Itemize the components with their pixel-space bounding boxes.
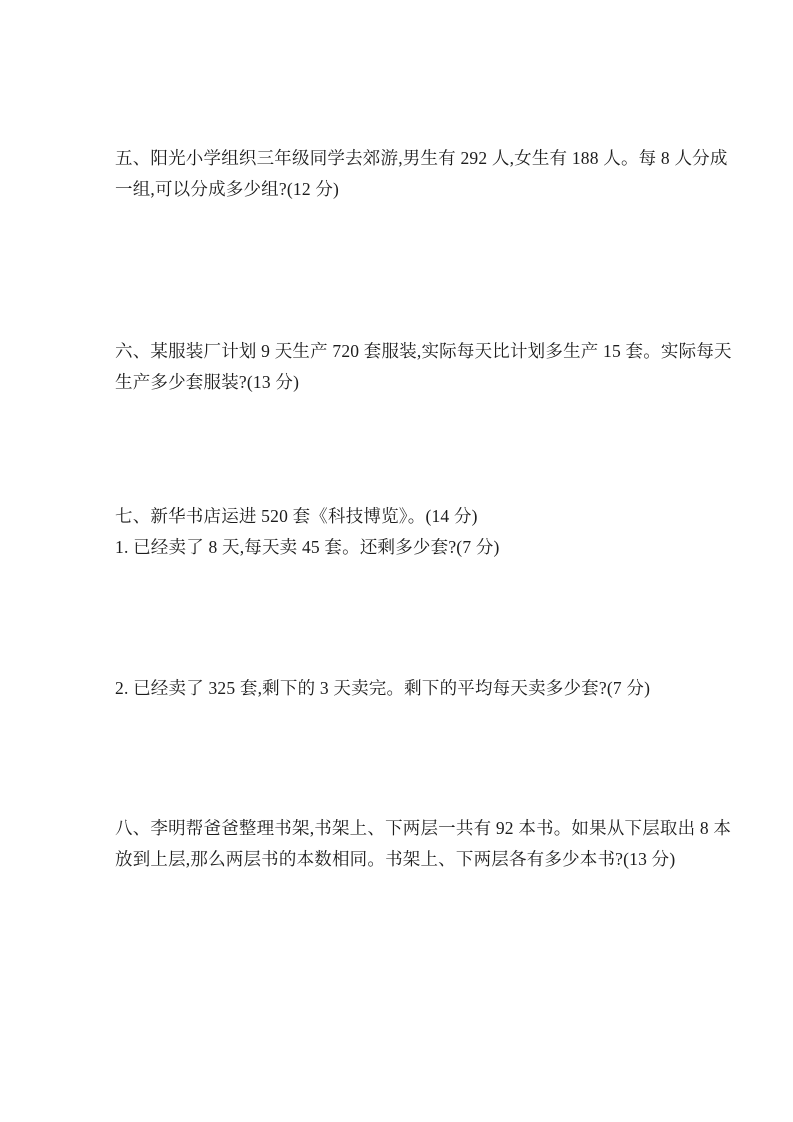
question-5-line-1: 五、阳光小学组织三年级同学去郊游,男生有 292 人,女生有 188 人。每 8… <box>115 143 685 174</box>
question-7-sub-2-line: 2. 已经卖了 325 套,剩下的 3 天卖完。剩下的平均每天卖多少套?(7 分… <box>115 673 685 704</box>
question-7-header: 七、新华书店运进 520 套《科技博览》。(14 分) <box>115 501 685 532</box>
question-7-sub-2: 2. 已经卖了 325 套,剩下的 3 天卖完。剩下的平均每天卖多少套?(7 分… <box>115 673 685 704</box>
question-5: 五、阳光小学组织三年级同学去郊游,男生有 292 人,女生有 188 人。每 8… <box>115 143 685 205</box>
question-8: 八、李明帮爸爸整理书架,书架上、下两层一共有 92 本书。如果从下层取出 8 本… <box>115 813 685 875</box>
question-7: 七、新华书店运进 520 套《科技博览》。(14 分) 1. 已经卖了 8 天,… <box>115 501 685 563</box>
question-7-sub-1: 1. 已经卖了 8 天,每天卖 45 套。还剩多少套?(7 分) <box>115 532 685 563</box>
question-5-line-2: 一组,可以分成多少组?(12 分) <box>115 174 685 205</box>
question-6: 六、某服装厂计划 9 天生产 720 套服装,实际每天比计划多生产 15 套。实… <box>115 336 685 398</box>
question-8-line-2: 放到上层,那么两层书的本数相同。书架上、下两层各有多少本书?(13 分) <box>115 844 685 875</box>
worksheet-page: 五、阳光小学组织三年级同学去郊游,男生有 292 人,女生有 188 人。每 8… <box>0 0 793 1122</box>
question-8-line-1: 八、李明帮爸爸整理书架,书架上、下两层一共有 92 本书。如果从下层取出 8 本 <box>115 813 685 844</box>
question-6-line-1: 六、某服装厂计划 9 天生产 720 套服装,实际每天比计划多生产 15 套。实… <box>115 336 685 367</box>
question-6-line-2: 生产多少套服装?(13 分) <box>115 367 685 398</box>
